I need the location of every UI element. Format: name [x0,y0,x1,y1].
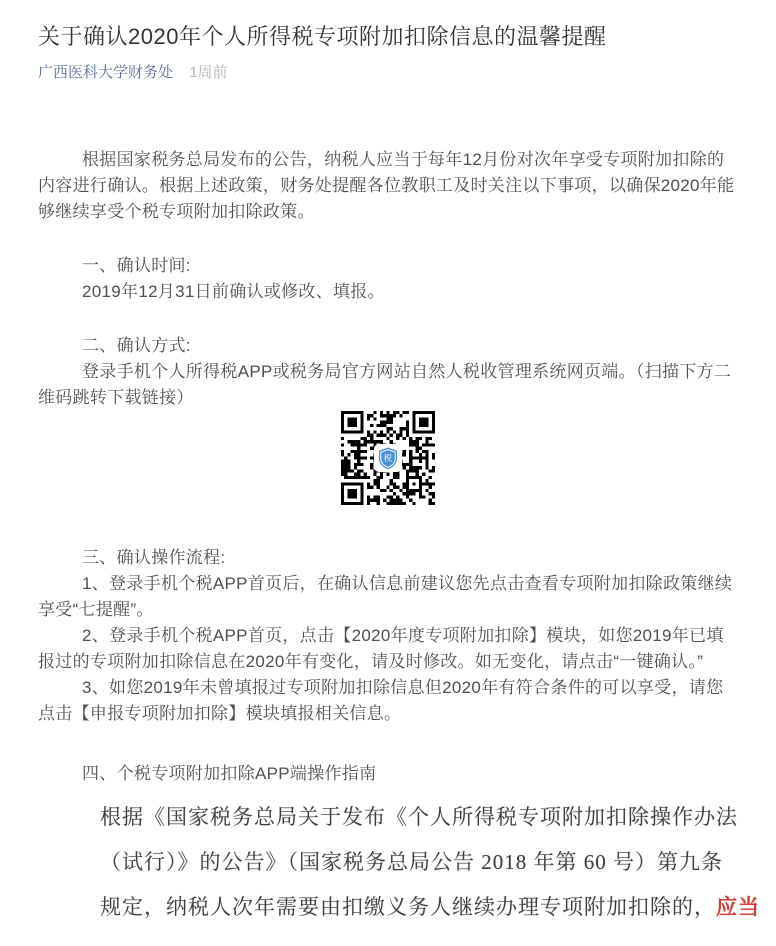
publish-time: 1周前 [189,64,227,81]
section1-heading: 一、确认时间: [38,253,738,279]
tax-app-qr-code[interactable]: 税 [341,411,435,505]
section3-item2: 2、登录手机个税APP首页，点击【2020年度专项附加扣除】模块，如您2019年… [38,623,738,675]
page-title: 关于确认2020年个人所得税专项附加扣除信息的温馨提醒 [38,22,738,52]
notice-highlight: 应当 [716,895,760,919]
regulation-notice-image: 根据《国家税务总局关于发布《个人所得税专项附加扣除操作办法 （试行）》的公告》（… [100,795,755,930]
section3-heading: 三、确认操作流程: [38,545,738,571]
notice-line: （试行）》的公告》（国家税务总局公告 2018 年第 60 号）第九条 [100,840,755,885]
shield-icon: 税 [376,446,400,470]
notice-line: 规定，纳税人次年需要由扣缴义务人继续办理专项附加扣除的，应当 [100,885,755,930]
article-body: 根据国家税务总局发布的公告，纳税人应当于每年12月份对次年享受专项附加扣除的内容… [38,147,738,930]
author-link[interactable]: 广西医科大学财务处 [38,64,173,81]
intro-paragraph: 根据国家税务总局发布的公告，纳税人应当于每年12月份对次年享受专项附加扣除的内容… [38,147,738,225]
section2-heading: 二、确认方式: [38,333,738,359]
qr-code-row: 税 [38,411,738,505]
section1-body: 2019年12月31日前确认或修改、填报。 [38,279,738,305]
section3-item3: 3、如您2019年未曾填报过专项附加扣除信息但2020年有符合条件的可以享受，请… [38,675,738,727]
article-meta: 广西医科大学财务处 1周前 [38,62,738,83]
notice-line: 根据《国家税务总局关于发布《个人所得税专项附加扣除操作办法 [100,795,755,840]
article-page: 关于确认2020年个人所得税专项附加扣除信息的温馨提醒 广西医科大学财务处 1周… [0,22,776,930]
qr-logo-char: 税 [384,454,393,464]
section3-item1: 1、登录手机个税APP首页后，在确认信息前建议您先点击查看专项附加扣除政策继续享… [38,571,738,623]
section2-body: 登录手机个人所得税APP或税务局官方网站自然人税收管理系统网页端。（扫描下方二维… [38,359,738,411]
section4-heading: 四、个税专项附加扣除APP端操作指南 [38,761,738,787]
tax-shield-logo: 税 [374,444,402,472]
